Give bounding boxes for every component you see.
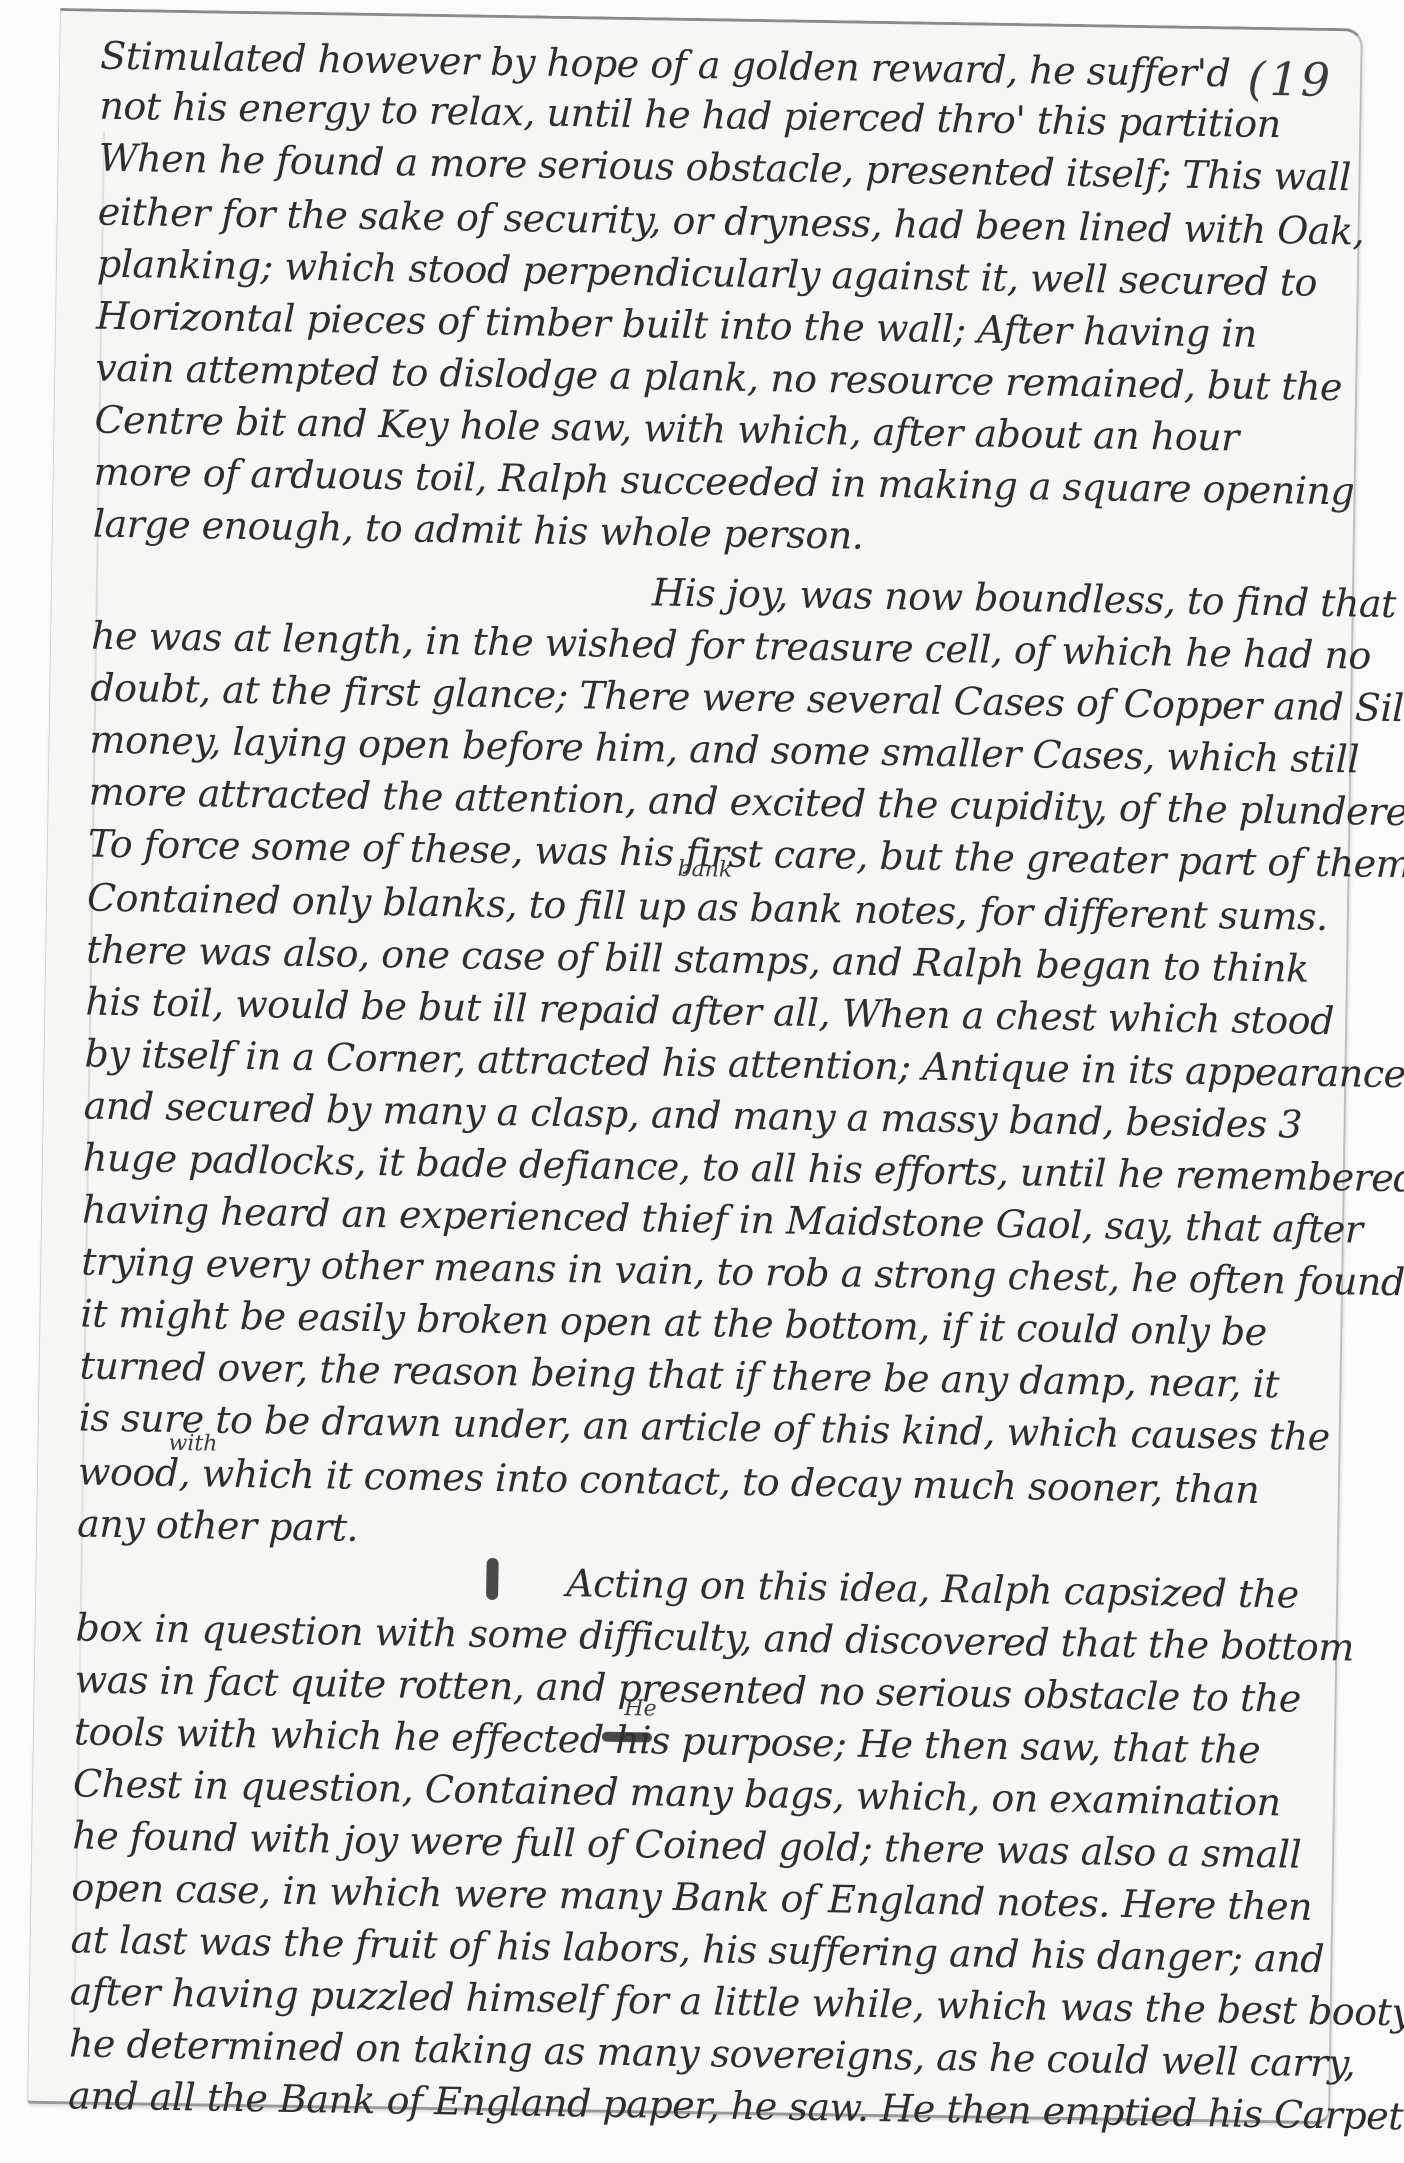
insertion-above-line: bank [677,857,732,883]
manuscript-page: 19 Stimulated however by hope of a golde… [27,8,1363,2124]
